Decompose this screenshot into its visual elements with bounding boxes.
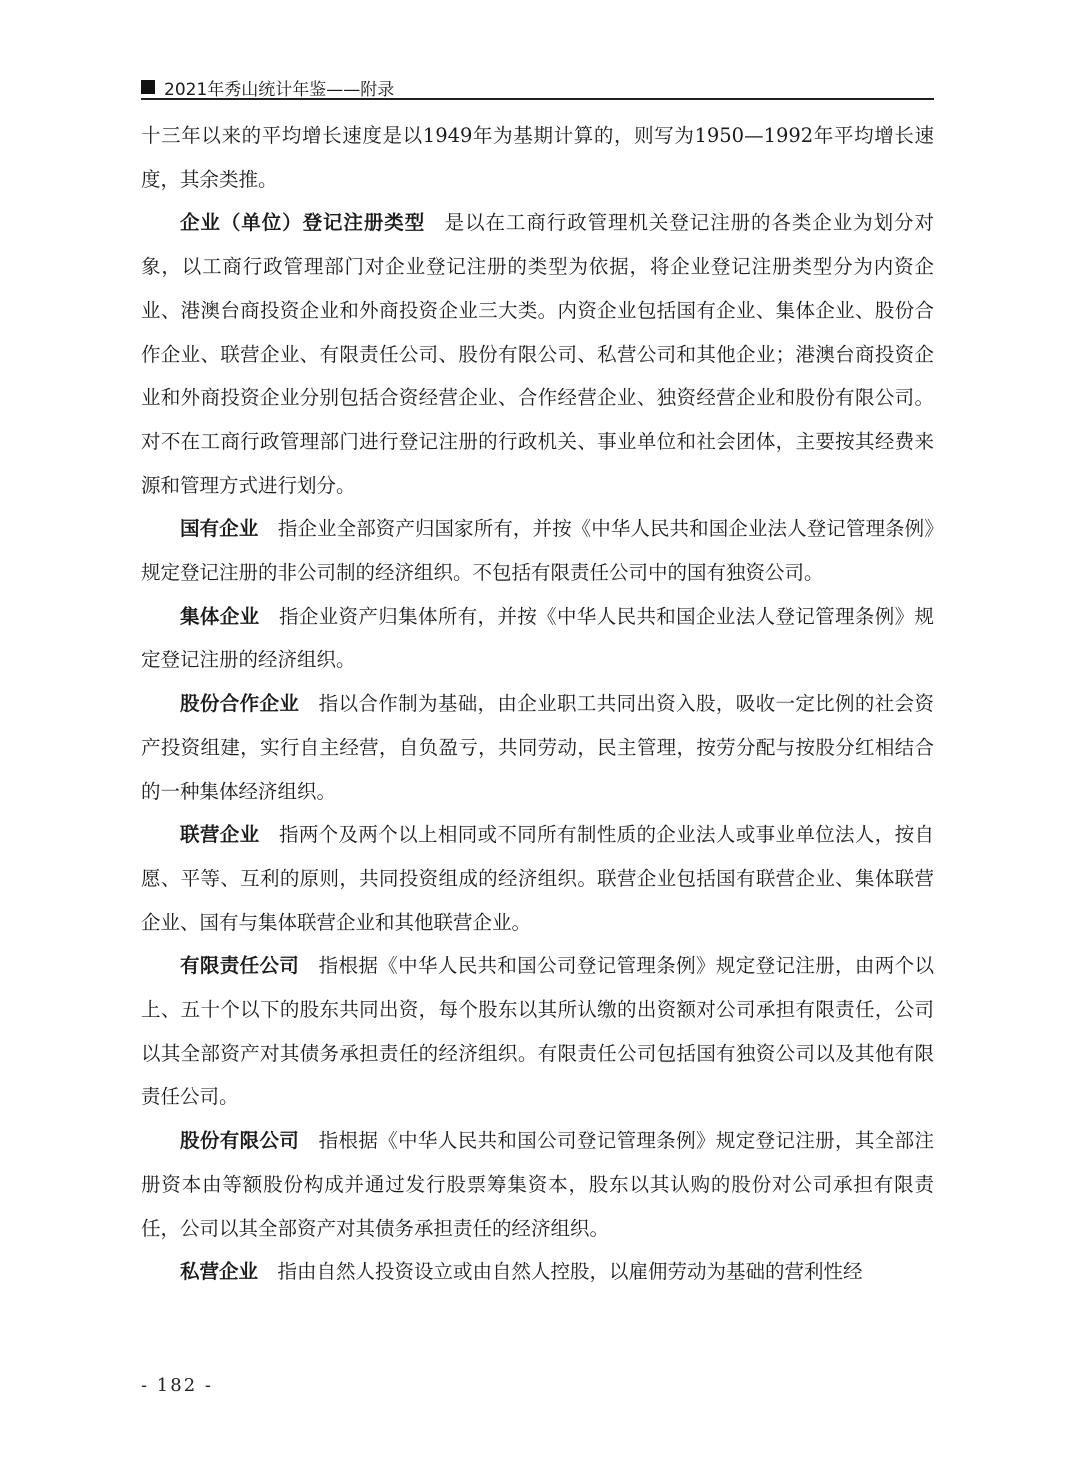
header-square-icon <box>141 80 155 94</box>
header-rule <box>141 98 934 100</box>
paragraph-state-owned: 国有企业指企业全部资产归国家所有，并按《中华人民共和国企业法人登记管理条例》规定… <box>141 507 934 594</box>
term-heading: 集体企业 <box>180 605 259 628</box>
paragraph-registration-type: 企业（单位）登记注册类型是以在工商行政管理机关登记注册的各类企业为划分对象，以工… <box>141 201 934 507</box>
paragraph-text: 指根据《中华人民共和国公司登记管理条例》规定登记注册，由两个以上、五十个以下的股… <box>141 954 934 1108</box>
paragraph-continuation: 十三年以来的平均增长速度是以1949年为基期计算的，则写为1950—1992年平… <box>141 114 934 201</box>
paragraph-private: 私营企业指由自然人投资设立或由自然人控股，以雇佣劳动为基础的营利性经 <box>141 1250 934 1294</box>
paragraph-text: 指企业资产归集体所有，并按《中华人民共和国企业法人登记管理条例》规定登记注册的经… <box>141 605 934 672</box>
header-title: 2021年秀山统计年鉴——附录 <box>164 75 394 100</box>
term-heading: 有限责任公司 <box>180 954 299 977</box>
paragraph-text: 指由自然人投资设立或由自然人控股，以雇佣劳动为基础的营利性经 <box>278 1260 863 1283</box>
term-heading: 国有企业 <box>180 517 258 540</box>
paragraph-text: 十三年以来的平均增长速度是以1949年为基期计算的，则写为1950—1992年平… <box>141 124 934 191</box>
paragraph-collective: 集体企业指企业资产归集体所有，并按《中华人民共和国企业法人登记管理条例》规定登记… <box>141 595 934 682</box>
term-heading: 股份有限公司 <box>180 1129 299 1152</box>
paragraph-joint-stock-cooperative: 股份合作企业指以合作制为基础，由企业职工共同出资入股，吸收一定比例的社会资产投资… <box>141 682 934 813</box>
paragraph-text: 是以在工商行政管理机关登记注册的各类企业为划分对象，以工商行政管理部门对企业登记… <box>141 211 934 496</box>
term-heading: 股份合作企业 <box>180 692 299 715</box>
running-header: 2021年秀山统计年鉴——附录 <box>141 74 934 100</box>
body-text: 十三年以来的平均增长速度是以1949年为基期计算的，则写为1950—1992年平… <box>141 114 934 1294</box>
paragraph-text: 指两个及两个以上相同或不同所有制性质的企业法人或事业单位法人，按自愿、平等、互利… <box>141 823 934 933</box>
paragraph-text: 指企业全部资产归国家所有，并按《中华人民共和国企业法人登记管理条例》规定登记注册… <box>141 517 934 584</box>
page-number: - 182 - <box>141 1375 213 1396</box>
term-heading: 私营企业 <box>180 1260 258 1283</box>
paragraph-limited-liability: 有限责任公司指根据《中华人民共和国公司登记管理条例》规定登记注册，由两个以上、五… <box>141 944 934 1119</box>
paragraph-share-holding: 股份有限公司指根据《中华人民共和国公司登记管理条例》规定登记注册，其全部注册资本… <box>141 1119 934 1250</box>
paragraph-joint-venture: 联营企业指两个及两个以上相同或不同所有制性质的企业法人或事业单位法人，按自愿、平… <box>141 813 934 944</box>
term-heading: 联营企业 <box>180 823 259 846</box>
term-heading: 企业（单位）登记注册类型 <box>180 211 425 234</box>
